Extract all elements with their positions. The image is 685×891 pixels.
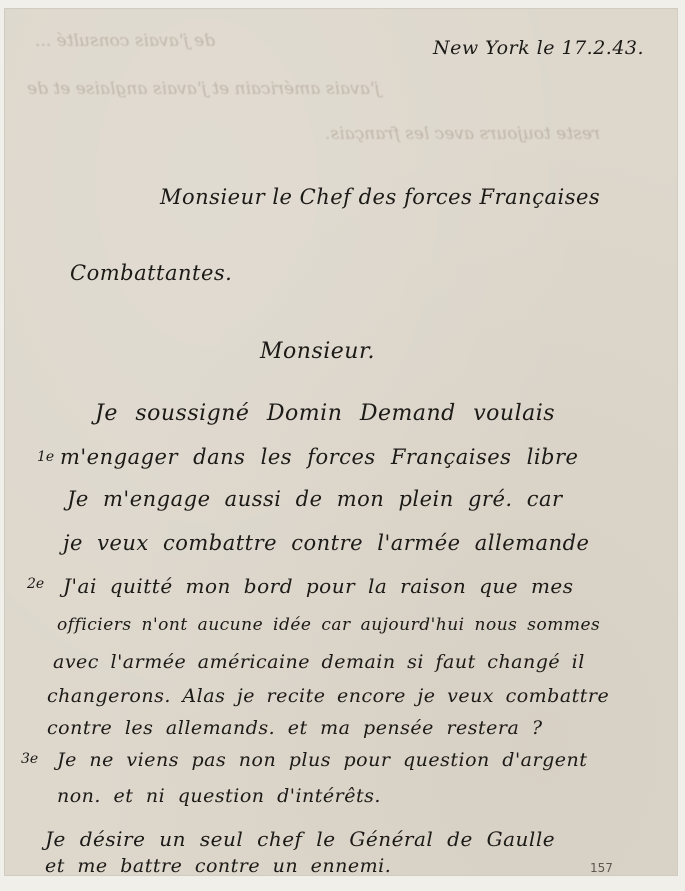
bleed-through-line-1: de j'avais consulté ...	[35, 31, 215, 51]
addressee-line-1: Monsieur le Chef des forces Françaises	[160, 185, 600, 209]
folio-number: 157	[590, 861, 613, 875]
salutation: Monsieur.	[260, 339, 375, 364]
body-line-13: et me battre contre un ennemi.	[45, 855, 391, 877]
body-line-8: changerons. Alas je recite encore je veu…	[47, 685, 609, 707]
bleed-through-line-3: reste toujours avec les français.	[325, 124, 600, 144]
point-number-1: 1e	[37, 449, 54, 465]
body-line-3: Je m'engage aussi de mon plein gré. car	[67, 487, 563, 511]
bleed-through-line-2: j'avais américain et j'avais anglaise et…	[27, 79, 380, 99]
body-line-5: J'ai quitté mon bord pour la raison que …	[63, 574, 574, 598]
point-number-3: 3e	[21, 751, 38, 767]
place-date: New York le 17.2.43.	[433, 37, 644, 59]
body-line-2: m'engager dans les forces Françaises lib…	[60, 445, 578, 469]
body-line-12: Je désire un seul chef le Général de Gau…	[45, 827, 555, 851]
body-line-6: officiers n'ont aucune idée car aujourd'…	[57, 615, 600, 635]
body-line-4: je veux combattre contre l'armée alleman…	[63, 531, 589, 555]
body-line-10: Je ne viens pas non plus pour question d…	[57, 749, 587, 771]
point-number-2: 2e	[27, 576, 44, 592]
letter-sheet: de j'avais consulté ... j'avais américai…	[5, 9, 677, 875]
body-line-9: contre les allemands. et ma pensée reste…	[47, 717, 543, 739]
body-line-7: avec l'armée américaine demain si faut c…	[53, 651, 585, 673]
body-line-11: non. et ni question d'intérêts.	[57, 785, 381, 807]
addressee-line-2: Combattantes.	[70, 261, 232, 285]
body-line-1: Je soussigné Domin Demand voulais	[95, 401, 555, 426]
